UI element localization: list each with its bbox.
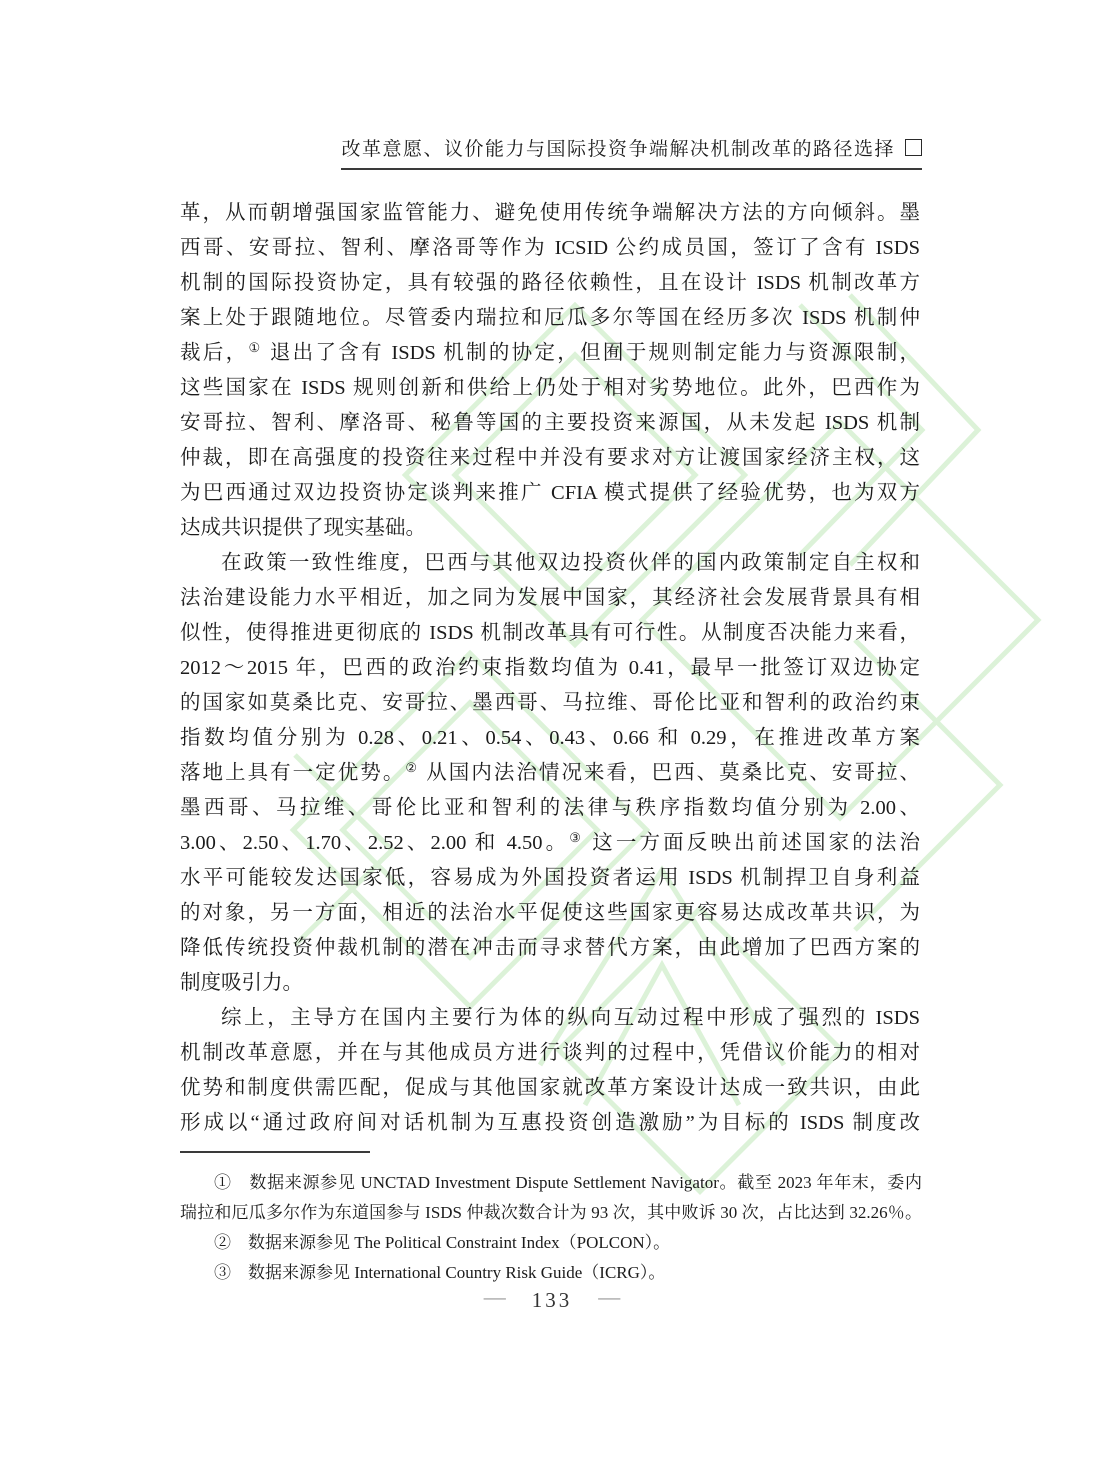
footer-dash-right: — xyxy=(598,1284,620,1309)
text-line: 法治建设能力水平相近，加之同为发展中国家，其经济社会发展背景具有相 xyxy=(180,581,920,616)
text-line: 安哥拉、智利、摩洛哥、秘鲁等国的主要投资来源国，从未发起 ISDS 机制 xyxy=(180,406,920,441)
text-line: 降低传统投资仲裁机制的潜在冲击而寻求替代方案，由此增加了巴西方案的 xyxy=(180,931,920,966)
text-line: 综上，主导方在国内主要行为体的纵向互动过程中形成了强烈的 ISDS xyxy=(180,1001,920,1036)
text-line: 革，从而朝增强国家监管能力、避免使用传统争端解决方法的方向倾斜。墨 xyxy=(180,196,920,231)
body-text: 革，从而朝增强国家监管能力、避免使用传统争端解决方法的方向倾斜。墨西哥、安哥拉、… xyxy=(180,196,920,1141)
text-line: 的对象，另一方面，相近的法治水平促使这些国家更容易达成改革共识，为 xyxy=(180,896,920,931)
text-line: 在政策一致性维度，巴西与其他双边投资伙伴的国内政策制定自主权和 xyxy=(180,546,920,581)
text-line: 3.00、2.50、1.70、2.52、2.00 和 4.50。③ 这一方面反映… xyxy=(180,826,920,861)
footnote-line: ② 数据来源参见 The Political Constraint Index（… xyxy=(180,1228,922,1258)
text-line: 西哥、安哥拉、智利、摩洛哥等作为 ICSID 公约成员国，签订了含有 ISDS xyxy=(180,231,920,266)
text-line: 裁后，① 退出了含有 ISDS 机制的协定，但囿于规则制定能力与资源限制， xyxy=(180,336,920,371)
page-footer: —133— xyxy=(0,1284,1104,1316)
running-title: 改革意愿、议价能力与国际投资争端解决机制改革的路径选择 xyxy=(341,139,895,160)
text-line: 优势和制度供需匹配，促成与其他国家就改革方案设计达成一致共识，由此 xyxy=(180,1071,920,1106)
text-line: 达成共识提供了现实基础。 xyxy=(180,511,920,546)
text-line: 形成以“通过政府间对话机制为互惠投资创造激励”为目标的 ISDS 制度改 xyxy=(180,1106,920,1141)
text-line: 水平可能较发达国家低，容易成为外国投资者运用 ISDS 机制捍卫自身利益 xyxy=(180,861,920,896)
footnote-line: 瑞拉和厄瓜多尔作为东道国参与 ISDS 仲裁次数合计为 93 次，其中败诉 30… xyxy=(180,1198,922,1228)
footer-dash-left: — xyxy=(484,1284,506,1309)
page-number: 133 xyxy=(532,1288,573,1312)
text-line: 2012～2015 年，巴西的政治约束指数均值为 0.41，最早一批签订双边协定 xyxy=(180,651,920,686)
text-line: 仲裁，即在高强度的投资往来过程中并没有要求对方让渡国家经济主权，这 xyxy=(180,441,920,476)
page-header: 改革意愿、议价能力与国际投资争端解决机制改革的路径选择 xyxy=(341,134,922,170)
text-line: 为巴西通过双边投资协定谈判来推广 CFIA 模式提供了经验优势，也为双方 xyxy=(180,476,920,511)
text-line: 的国家如莫桑比克、安哥拉、墨西哥、马拉维、哥伦比亚和智利的政治约束 xyxy=(180,686,920,721)
text-line: 机制的国际投资协定，具有较强的路径依赖性，且在设计 ISDS 机制改革方 xyxy=(180,266,920,301)
page: 改革意愿、议价能力与国际投资争端解决机制改革的路径选择 革，从而朝增强国家监管能… xyxy=(0,0,1104,1476)
text-line: 机制改革意愿，并在与其他成员方进行谈判的过程中，凭借议价能力的相对 xyxy=(180,1036,920,1071)
footnotes: ① 数据来源参见 UNCTAD Investment Dispute Settl… xyxy=(180,1168,922,1288)
text-line: 指数均值分别为 0.28、0.21、0.54、0.43、0.66 和 0.29，… xyxy=(180,721,920,756)
footnote-separator xyxy=(180,1151,370,1153)
text-line: 墨西哥、马拉维、哥伦比亚和智利的法律与秩序指数均值分别为 2.00、 xyxy=(180,791,920,826)
footnote-line: ① 数据来源参见 UNCTAD Investment Dispute Settl… xyxy=(180,1168,922,1198)
text-line: 这些国家在 ISDS 规则创新和供给上仍处于相对劣势地位。此外，巴西作为 xyxy=(180,371,920,406)
header-box-icon xyxy=(905,139,922,156)
text-line: 案上处于跟随地位。尽管委内瑞拉和厄瓜多尔等国在经历多次 ISDS 机制仲 xyxy=(180,301,920,336)
text-line: 制度吸引力。 xyxy=(180,966,920,1001)
text-line: 似性，使得推进更彻底的 ISDS 机制改革具有可行性。从制度否决能力来看， xyxy=(180,616,920,651)
text-line: 落地上具有一定优势。② 从国内法治情况来看，巴西、莫桑比克、安哥拉、 xyxy=(180,756,920,791)
